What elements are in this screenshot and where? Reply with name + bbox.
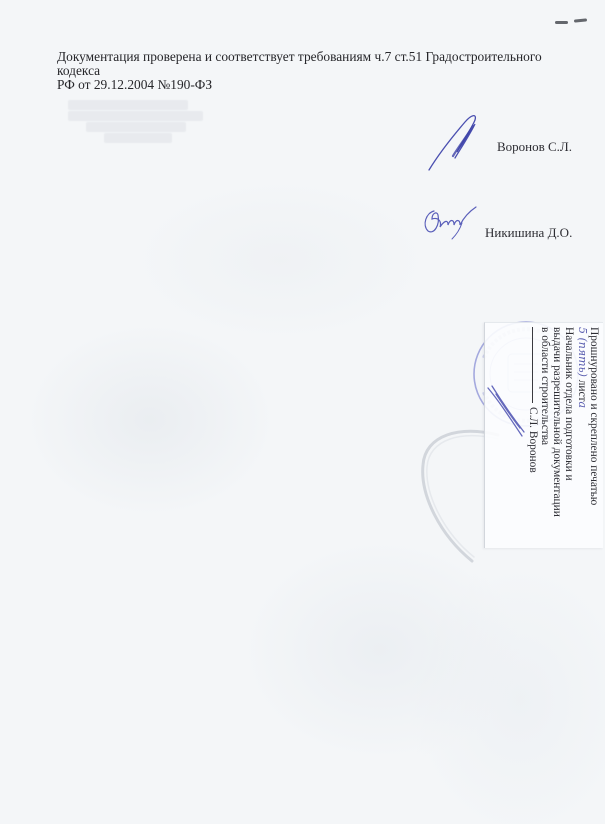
signature-nikishina-icon (418, 203, 480, 241)
seal-line-signatory: С.Л. Воронов (526, 327, 538, 548)
signer-name-nikishina: Никишина Д.О. (485, 225, 572, 241)
seal-line-position-3: в области строительства (539, 327, 551, 548)
reverse-side-bleed-through (68, 100, 248, 144)
compliance-statement: Документация проверена и соответствует т… (57, 50, 577, 92)
seal-line-position-1: Начальник отдела подготовки и (563, 327, 575, 548)
signer-name-voronov: Воронов С.Л. (497, 139, 572, 155)
scan-corner-marks (555, 18, 591, 24)
signature-line (532, 327, 533, 403)
statement-line-1: Документация проверена и соответствует т… (57, 49, 542, 78)
binding-seal-label: Прошнуровано и скреплено печатью 5 (пять… (484, 322, 603, 548)
seal-line-position-2: выдачи разрешительной документации (551, 327, 563, 548)
seal-line-bound-and-sealed: Прошнуровано и скреплено печатью (588, 327, 600, 548)
signature-voronov-icon (425, 112, 490, 174)
seal-signatory-name: С.Л. Воронов (527, 407, 539, 473)
statement-line-2: РФ от 29.12.2004 №190-ФЗ (57, 77, 212, 92)
handwritten-sheet-count: 5 (пять) (576, 327, 589, 377)
seal-line-sheet-count: 5 (пять) листа (575, 327, 587, 548)
